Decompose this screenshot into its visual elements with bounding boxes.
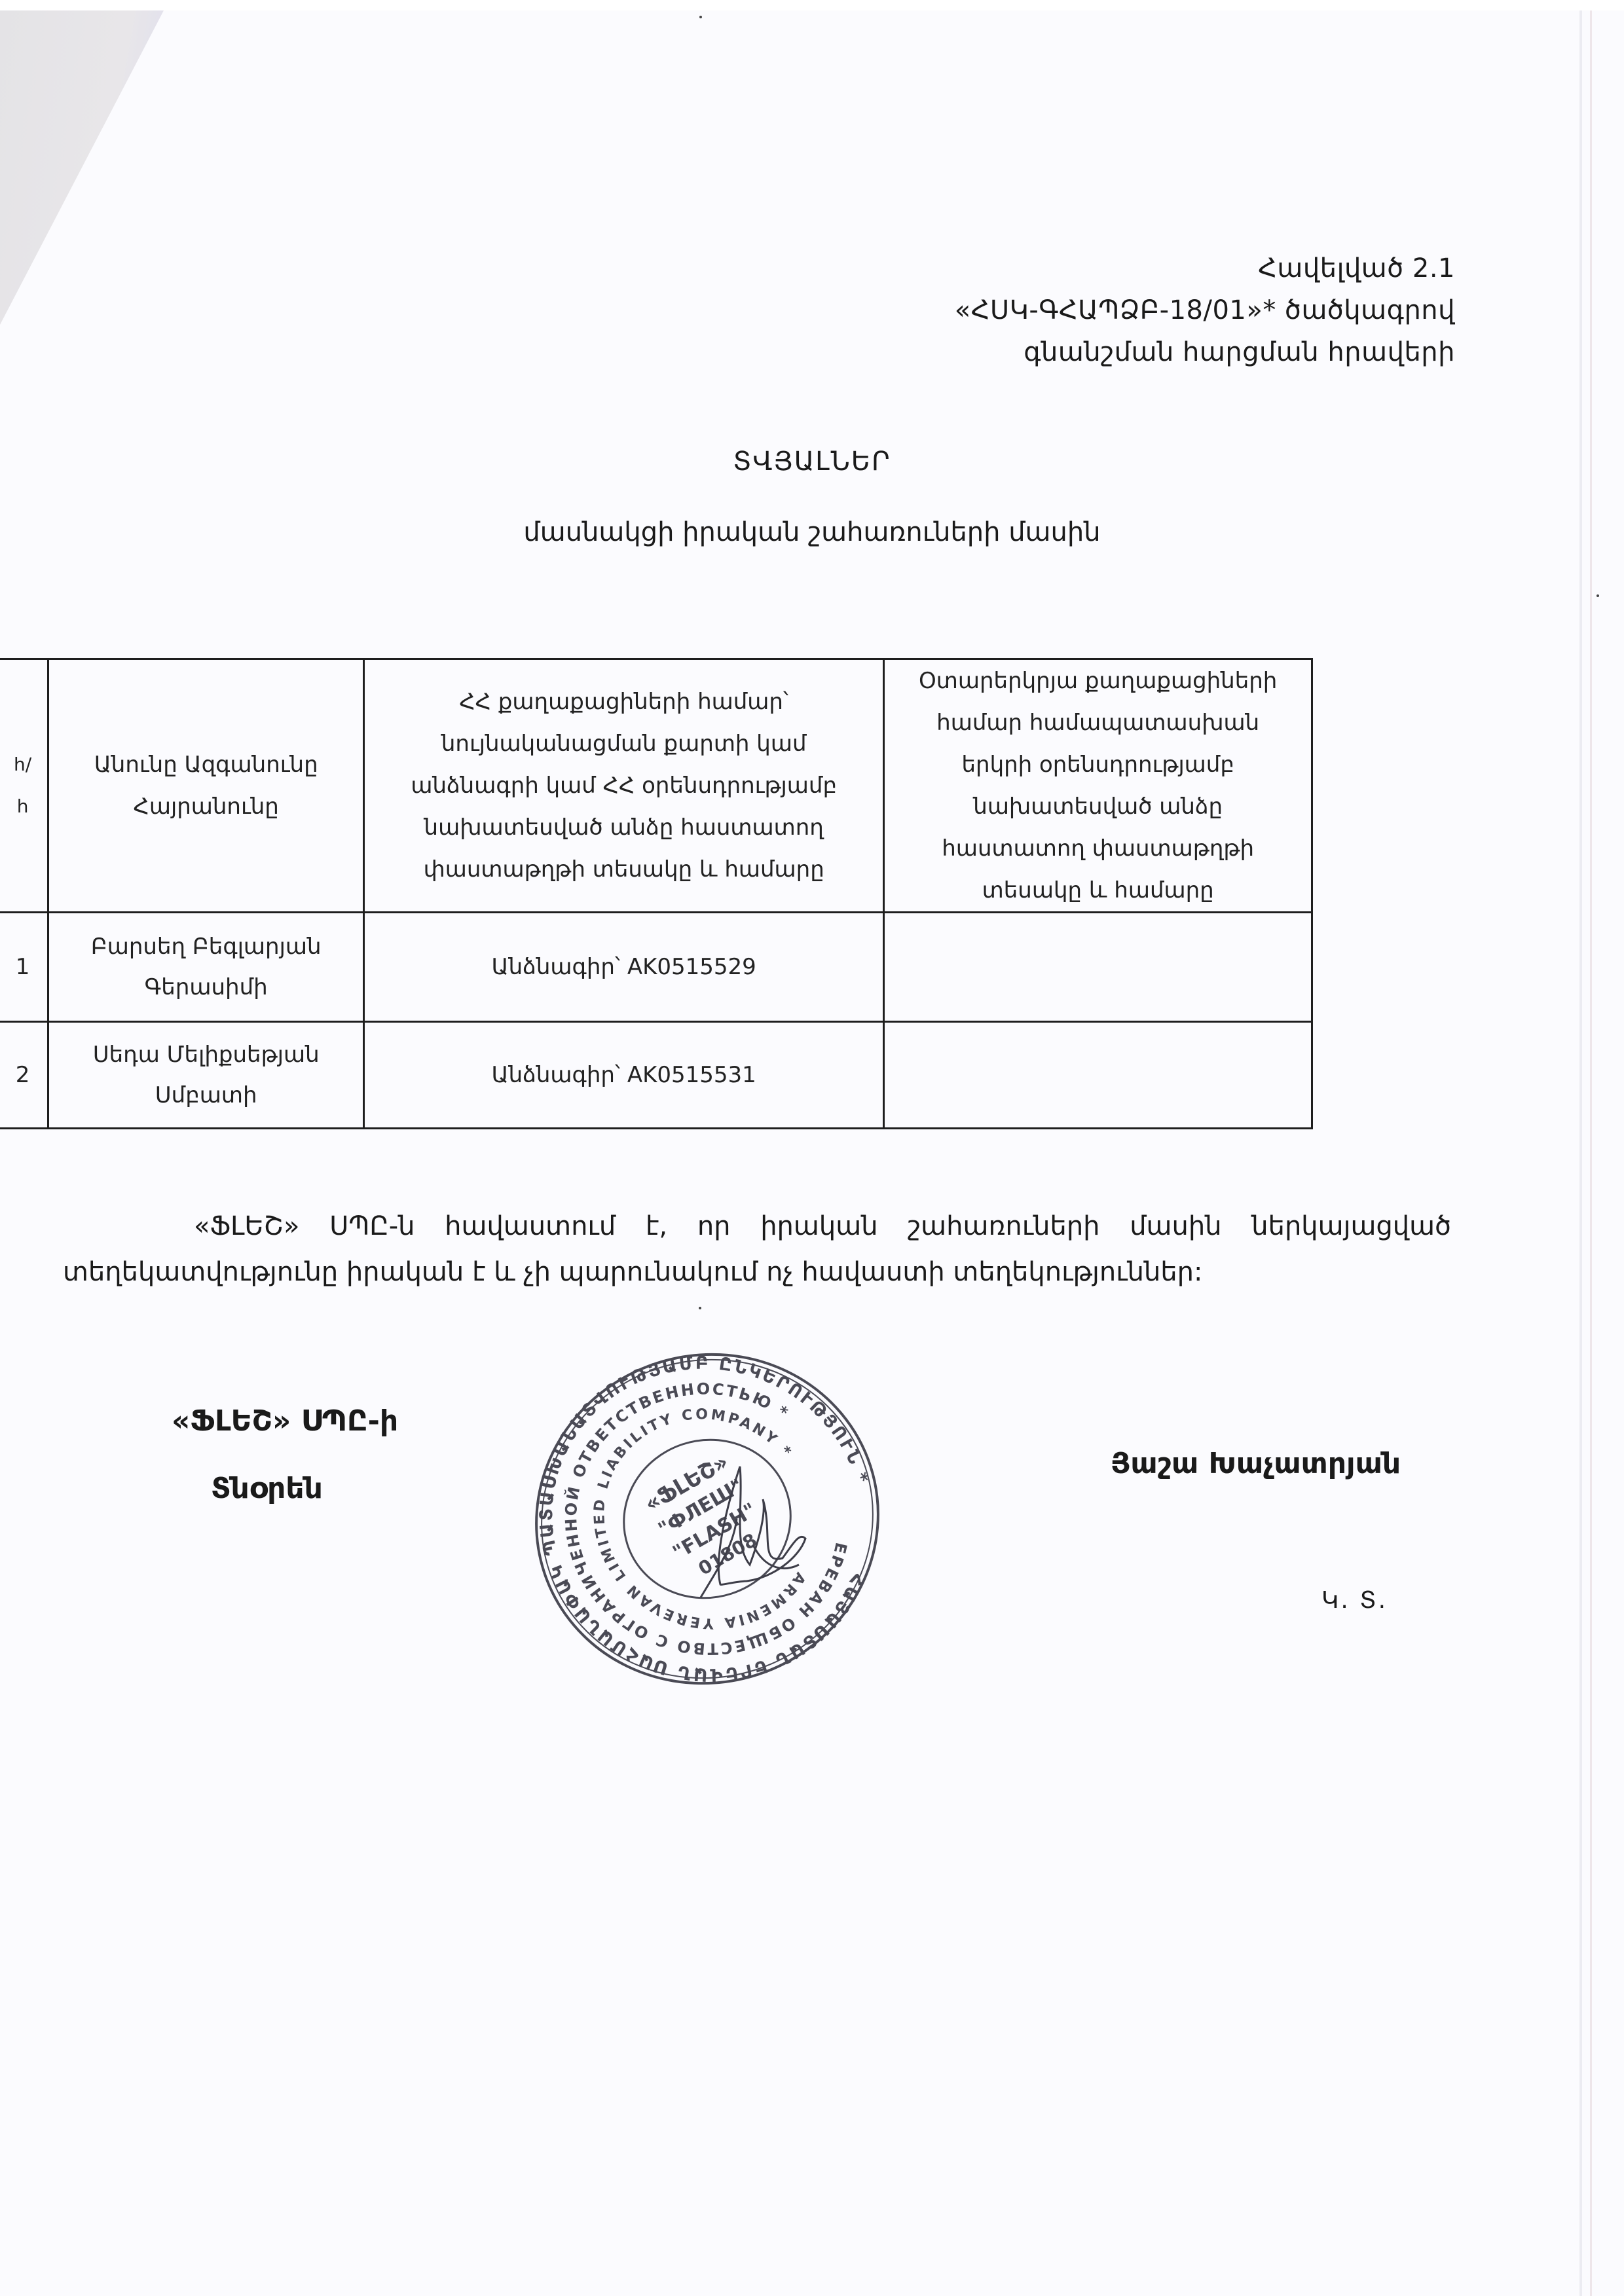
folded-page-corner: [0, 10, 164, 325]
signatory-position: Տնօրեն: [211, 1472, 323, 1505]
stamp-place-label: Կ. Տ.: [1321, 1587, 1388, 1614]
scan-top-margin: [0, 0, 1624, 10]
signatory-name: Յաշա Խաչատրյան: [1111, 1447, 1401, 1480]
annex-invitation: գնանշման հարցման հրավերի: [955, 331, 1455, 373]
row-foreign-id: [884, 1022, 1312, 1129]
scan-right-edge-shadow: [1590, 10, 1592, 2296]
row-number: 1: [0, 913, 48, 1022]
table-row: 1 Բարսեղ Բեգլարյան Գերասիմի Անձնագիր՝ AK…: [0, 913, 1312, 1022]
document-title: ՏՎՅԱԼՆԵՐ: [0, 446, 1624, 477]
table-row: 2 Սեդա Մելիքսեթյան Սմբատի Անձնագիր՝ AK05…: [0, 1022, 1312, 1129]
scan-right-edge: [1579, 10, 1582, 2296]
beneficial-owners-table: հ/հ Անունը Ազգանունը Հայրանունը ՀՀ քաղաք…: [0, 658, 1313, 1129]
header-foreign-id-document: Օտարերկրյա քաղաքացիների համար համապատասխ…: [884, 659, 1312, 913]
attestation-statement: «ՖԼԵՇ» ՍՊԸ-ն հավաստում է, որ իրական շահա…: [63, 1203, 1451, 1295]
scan-speck: [1596, 594, 1599, 597]
header-full-name: Անունը Ազգանունը Հայրանունը: [48, 659, 364, 913]
row-foreign-id: [884, 913, 1312, 1022]
header-armenian-id-document: ՀՀ քաղաքացիների համար՝ նույնականացման քա…: [364, 659, 884, 913]
row-full-name: Սեդա Մելիքսեթյան Սմբատի: [48, 1022, 364, 1129]
row-full-name: Բարսեղ Բեգլարյան Գերասիմի: [48, 913, 364, 1022]
row-number: 2: [0, 1022, 48, 1129]
row-armenian-id: Անձնագիր՝ AK0515531: [364, 1022, 884, 1129]
company-seal-icon: ՀԱՅԱՍՏԱՆ ԵՐԵՎԱՆ ՍԱՀՄԱՆԱՓԱԿ ՊԱՏԱՍԽԱՆԱՏՎՈՒ…: [524, 1349, 891, 1689]
row-armenian-id: Անձնագիր՝ AK0515529: [364, 913, 884, 1022]
signatory-company: «ՖԼԵՇ» ՍՊԸ-ի: [172, 1404, 398, 1438]
scan-speck: [699, 16, 702, 18]
table-header-row: հ/հ Անունը Ազգանունը Հայրանունը ՀՀ քաղաք…: [0, 659, 1312, 913]
annex-reference: Հավելված 2.1 «ՀՍԿ-ԳՀԱՊՁԲ-18/01»* ծածկագր…: [955, 247, 1455, 373]
scan-speck: [699, 1307, 701, 1309]
annex-number: Հավելված 2.1: [955, 247, 1455, 289]
document-subtitle: մասնակցի իրական շահառուների մասին: [0, 517, 1624, 547]
annex-code: «ՀՍԿ-ԳՀԱՊՁԲ-18/01»* ծածկագրով: [955, 289, 1455, 331]
header-number: հ/հ: [0, 659, 48, 913]
